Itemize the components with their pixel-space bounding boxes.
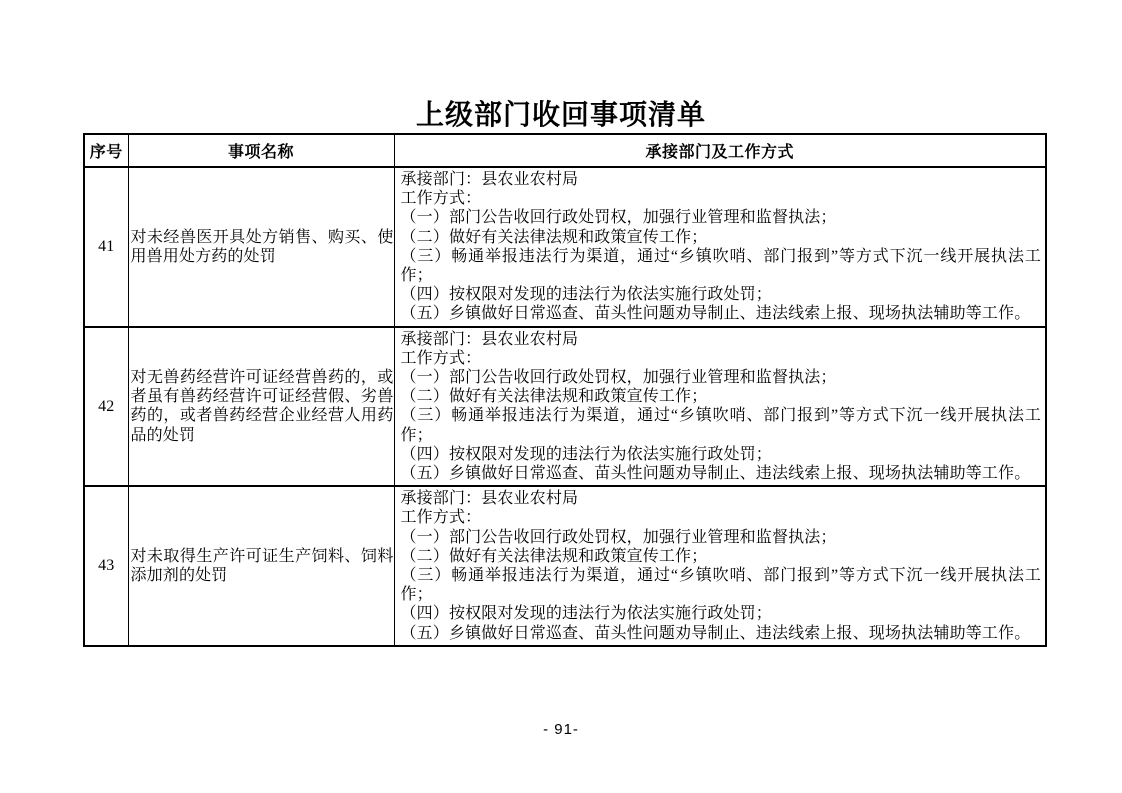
table-row: 42 对无兽药经营许可证经营兽药的，或者虽有兽药经营许可证经营假、劣兽药的，或者… — [84, 327, 1046, 487]
table-header-row: 序号 事项名称 承接部门及工作方式 — [84, 134, 1046, 167]
detail-line: （一）部门公告收回行政处罚权，加强行业管理和监督执法； — [401, 528, 1042, 547]
row-detail-cell: 承接部门：县农业农村局工作方式：（一）部门公告收回行政处罚权，加强行业管理和监督… — [394, 486, 1046, 646]
row-item-name: 对未取得生产许可证生产饲料、饲料添加剂的处罚 — [128, 486, 394, 646]
detail-line: （四）按权限对发现的违法行为依法实施行政处罚； — [401, 445, 1042, 464]
row-serial-number: 42 — [84, 327, 128, 487]
detail-line: 承接部门：县农业农村局 — [401, 170, 1042, 189]
detail-line: （一）部门公告收回行政处罚权，加强行业管理和监督执法； — [401, 208, 1042, 227]
detail-line: （三）畅通举报违法行为渠道，通过“乡镇吹哨、部门报到”等方式下沉一线开展执法工作… — [401, 406, 1042, 444]
detail-line: 承接部门：县农业农村局 — [401, 489, 1042, 508]
row-item-name: 对无兽药经营许可证经营兽药的，或者虽有兽药经营许可证经营假、劣兽药的，或者兽药经… — [128, 327, 394, 487]
header-item-name: 事项名称 — [128, 134, 394, 167]
detail-line: （五）乡镇做好日常巡查、苗头性问题劝导制止、违法线索上报、现场执法辅助等工作。 — [401, 304, 1042, 323]
detail-line: （四）按权限对发现的违法行为依法实施行政处罚； — [401, 604, 1042, 623]
detail-line: （二）做好有关法律法规和政策宣传工作； — [401, 228, 1042, 247]
page-title: 上级部门收回事项清单 — [0, 93, 1122, 133]
table-row: 41 对未经兽医开具处方销售、购买、使用兽用处方药的处罚 承接部门：县农业农村局… — [84, 167, 1046, 327]
document-page: 上级部门收回事项清单 序号 事项名称 承接部门及工作方式 41 对未经兽医开具处… — [0, 0, 1122, 793]
detail-line: （五）乡镇做好日常巡查、苗头性问题劝导制止、违法线索上报、现场执法辅助等工作。 — [401, 464, 1042, 483]
detail-line: 承接部门：县农业农村局 — [401, 330, 1042, 349]
row-serial-number: 43 — [84, 486, 128, 646]
row-item-name: 对未经兽医开具处方销售、购买、使用兽用处方药的处罚 — [128, 167, 394, 327]
detail-line: 工作方式： — [401, 189, 1042, 208]
items-table: 序号 事项名称 承接部门及工作方式 41 对未经兽医开具处方销售、购买、使用兽用… — [83, 133, 1047, 647]
detail-line: （二）做好有关法律法规和政策宣传工作； — [401, 547, 1042, 566]
table-row: 43 对未取得生产许可证生产饲料、饲料添加剂的处罚 承接部门：县农业农村局工作方… — [84, 486, 1046, 646]
page-number: - 91- — [0, 721, 1122, 738]
detail-line: （四）按权限对发现的违法行为依法实施行政处罚； — [401, 285, 1042, 304]
header-department-method: 承接部门及工作方式 — [394, 134, 1046, 167]
detail-line: 工作方式： — [401, 508, 1042, 527]
row-serial-number: 41 — [84, 167, 128, 327]
detail-line: （三）畅通举报违法行为渠道，通过“乡镇吹哨、部门报到”等方式下沉一线开展执法工作… — [401, 247, 1042, 285]
header-serial-number: 序号 — [84, 134, 128, 167]
table-body: 41 对未经兽医开具处方销售、购买、使用兽用处方药的处罚 承接部门：县农业农村局… — [84, 167, 1046, 646]
row-detail-cell: 承接部门：县农业农村局工作方式：（一）部门公告收回行政处罚权，加强行业管理和监督… — [394, 167, 1046, 327]
detail-line: （三）畅通举报违法行为渠道，通过“乡镇吹哨、部门报到”等方式下沉一线开展执法工作… — [401, 566, 1042, 604]
detail-line: （二）做好有关法律法规和政策宣传工作； — [401, 387, 1042, 406]
detail-line: （一）部门公告收回行政处罚权，加强行业管理和监督执法； — [401, 368, 1042, 387]
row-detail-cell: 承接部门：县农业农村局工作方式：（一）部门公告收回行政处罚权，加强行业管理和监督… — [394, 327, 1046, 487]
detail-line: （五）乡镇做好日常巡查、苗头性问题劝导制止、违法线索上报、现场执法辅助等工作。 — [401, 624, 1042, 643]
detail-line: 工作方式： — [401, 349, 1042, 368]
